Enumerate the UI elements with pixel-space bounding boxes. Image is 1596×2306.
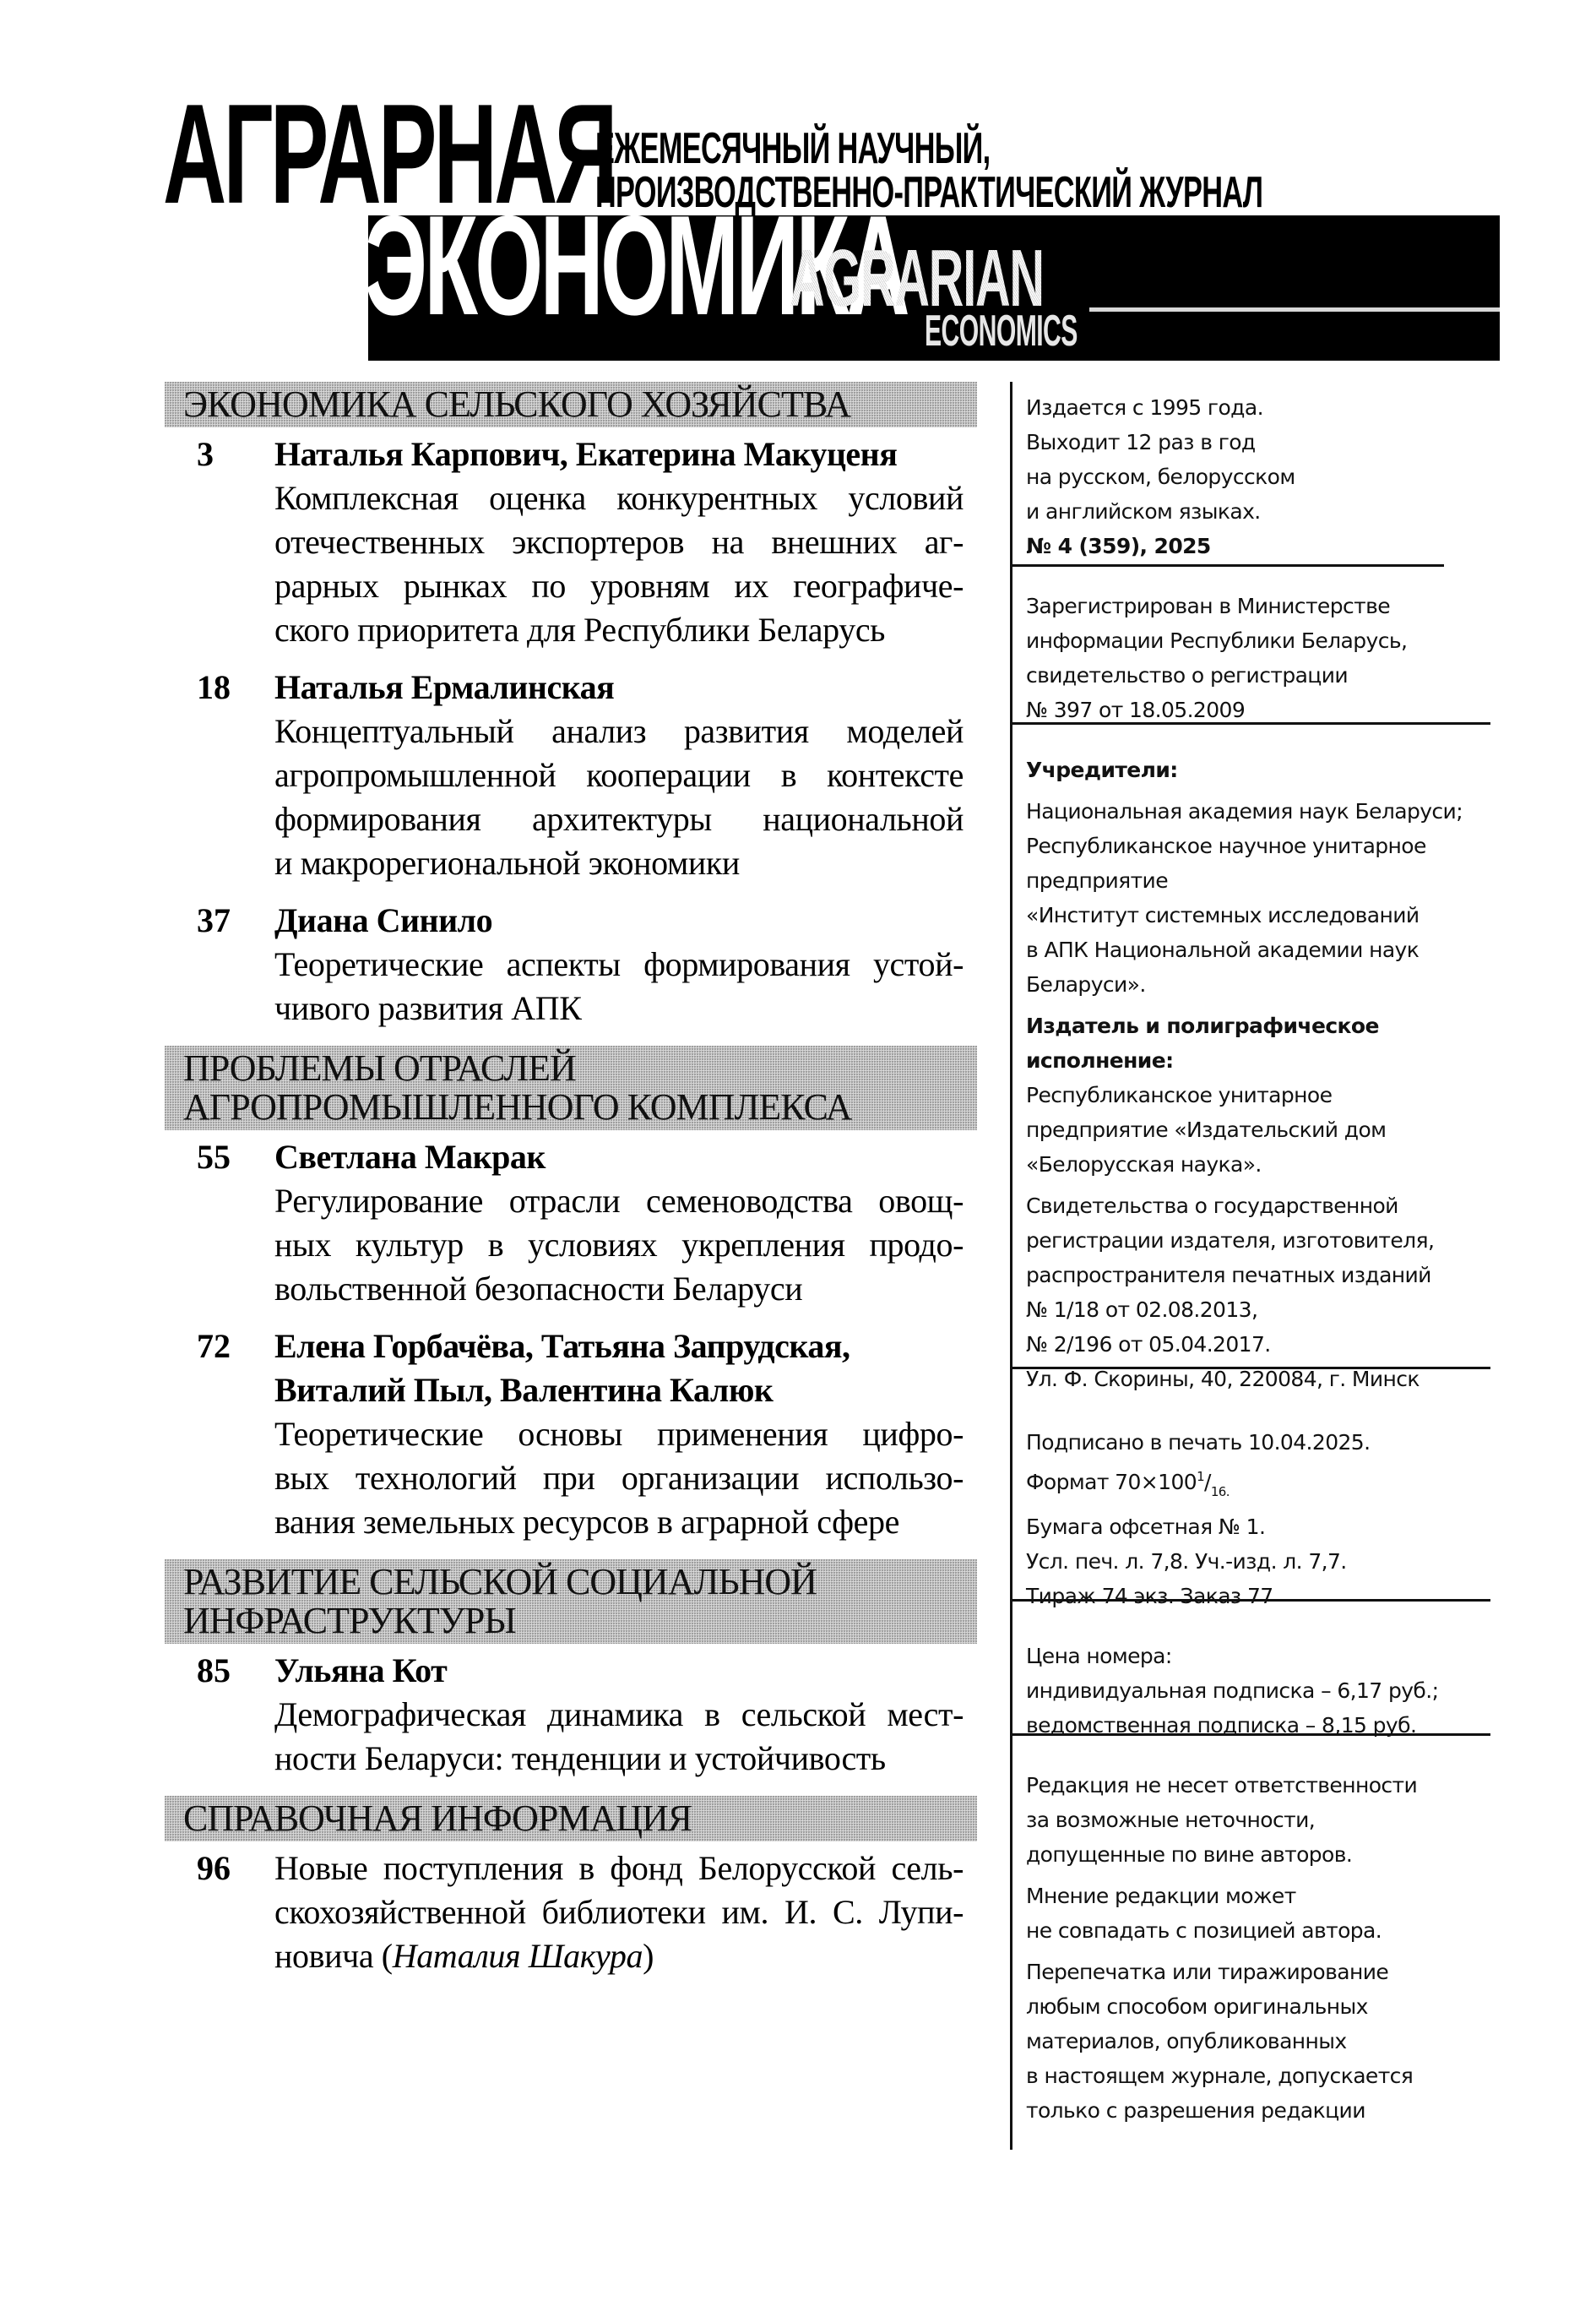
section-heading-line: ИНФРАСТРУКТУРЫ [183,1602,977,1640]
section-heading-line: АГРОПРОМЫШЛЕННОГО КОМПЛЕКСА [183,1088,977,1127]
registration-line: Зарегистрирован в Министерстве [1026,589,1499,623]
disclaimer-line: Редакция не несет ответственности [1026,1768,1499,1803]
english-title-rule [1089,307,1500,312]
page-number: 37 [197,899,231,943]
article-authors: Диана Синило [274,899,977,943]
imprint-divider [1012,1367,1490,1369]
founder-line: в АПК Национальной академии наук [1026,933,1499,967]
author-line: Елена Горбачёва, Татьяна Запрудская, [274,1324,977,1368]
section-heading: СПРАВОЧНАЯ ИНФОРМАЦИЯ [165,1796,977,1841]
title-line: ности Беларуси: тенденции и устойчивость [274,1737,964,1781]
article-title: Теоретические основы применения цифро-вы… [274,1412,977,1544]
english-title: AGRARIAN [790,241,1044,317]
publisher-heading: исполнение: [1026,1043,1499,1078]
compiler-name: Наталия Шакура [393,1937,643,1975]
registration-line: свидетельство о регистрации [1026,658,1499,693]
author-line: Виталий Пыл, Валентина Калюк [274,1368,977,1412]
toc-entry[interactable]: 55Светлана МакракРегулирование отрасли с… [165,1135,977,1311]
founder-line: «Институт системных исследований [1026,898,1499,933]
disclaimer: Перепечатка или тиражированиелюбым спосо… [1026,1955,1499,2128]
toc-entry[interactable]: 85Ульяна КотДемографическая динамика в с… [165,1649,977,1781]
column-divider [1010,382,1012,2150]
print-info-line: Усл. печ. л. 7,8. Уч.-изд. л. 7,7. [1026,1544,1499,1579]
price-line: индивидуальная подписка – 6,17 руб.; [1026,1673,1499,1708]
certificate-line: Свидетельства о государственной [1026,1188,1499,1223]
disclaimer: Редакция не несет ответственностиза возм… [1026,1768,1499,1872]
author-line: Диана Синило [274,899,977,943]
founder-line: Республиканское научное унитарное [1026,829,1499,863]
issue-number: № 4 (359), 2025 [1026,529,1499,563]
article-title: Регулирование отрасли семеноводства овощ… [274,1179,977,1311]
journal-subtitle: ЕЖЕМЕСЯЧНЫЙ НАУЧНЫЙ, ПРОИЗВОДСТВЕННО-ПРА… [595,127,1262,215]
journal-subtitle-line-1: ЕЖЕМЕСЯЧНЫЙ НАУЧНЫЙ, [595,127,1262,171]
registration-info: Зарегистрирован в Министерствеинформации… [1026,589,1499,727]
section-heading: РАЗВИТИЕ СЕЛЬСКОЙ СОЦИАЛЬНОЙИНФРАСТРУКТУ… [165,1559,977,1644]
table-of-contents: ЭКОНОМИКА СЕЛЬСКОГО ХОЗЯЙСТВА3Наталья Ка… [165,382,977,1992]
article-title: Концептуальный анализ развития моделейаг… [274,710,977,885]
founder-line: предприятие [1026,863,1499,898]
toc-entry[interactable]: 37Диана СинилоТеоретические аспекты форм… [165,899,977,1031]
author-line: Наталья Ермалинская [274,666,977,710]
disclaimer-line: не совпадать с позицией автора. [1026,1913,1499,1948]
page-number: 96 [197,1846,231,1890]
publisher-line: предприятие «Издательский дом [1026,1112,1499,1147]
price-heading: Цена номера: [1026,1639,1499,1673]
imprint-column: Издается с 1995 года.Выходит 12 раз в го… [1026,390,1499,2128]
title-line: Новые поступления в фонд Белорусской сел… [274,1846,964,1890]
disclaimer: Мнение редакции можетне совпадать с пози… [1026,1879,1499,1948]
title-line: Теоретические основы применения цифро- [274,1412,964,1456]
section-heading-line: ПРОБЛЕМЫ ОТРАСЛЕЙ [183,1049,977,1088]
title-line: отечественных экспортеров на внешних аг- [274,520,964,564]
format-denominator: 16 [1211,1484,1226,1499]
founders-info: Учредители:Национальная академия наук Бе… [1026,753,1499,1002]
journal-subtitle-line-2: ПРОИЗВОДСТВЕННО-ПРАКТИЧЕСКИЙ ЖУРНАЛ [595,171,1262,215]
title-line: Теоретические аспекты формирования устой… [274,943,964,987]
title-line: новича (Наталия Шакура) [274,1934,964,1978]
masthead: АГРАРНАЯ ЭКОНОМИКА ЕЖЕМЕСЯЧНЫЙ НАУЧНЫЙ, … [0,0,1596,372]
publisher-line: Республиканское унитарное [1026,1078,1499,1112]
title-line: агропромышленной кооперации в контексте [274,753,964,797]
publication-info: Издается с 1995 года.Выходит 12 раз в го… [1026,390,1499,563]
title-line: Демографическая динамика в сельской мест… [274,1693,964,1737]
article-authors: Наталья Карпович, Екатерина Макуценя [274,432,977,476]
toc-entry[interactable]: 96Новые поступления в фонд Белорусской с… [165,1846,977,1978]
title-line: чивого развития АПК [274,987,964,1031]
founders-heading: Учредители: [1026,753,1499,787]
certificate-line: № 2/196 от 05.04.2017. [1026,1327,1499,1362]
title-line: формирования архитектуры национальной [274,797,964,841]
article-authors: Ульяна Кот [274,1649,977,1693]
page-number: 3 [197,432,214,476]
price-info: Цена номера:индивидуальная подписка – 6,… [1026,1639,1499,1743]
section-heading: ПРОБЛЕМЫ ОТРАСЛЕЙАГРОПРОМЫШЛЕННОГО КОМПЛ… [165,1046,977,1130]
founder-line: Национальная академия наук Беларуси; [1026,794,1499,829]
publication-line: и английском языках. [1026,494,1499,529]
founder-line: Беларуси». [1026,967,1499,1002]
toc-entry[interactable]: 3Наталья Карпович, Екатерина МакуценяКом… [165,432,977,652]
disclaimer-line: только с разрешения редакции [1026,2093,1499,2128]
article-authors: Наталья Ермалинская [274,666,977,710]
toc-entry[interactable]: 18Наталья ЕрмалинскаяКонцептуальный анал… [165,666,977,885]
page-number: 72 [197,1324,231,1368]
article-authors: Светлана Макрак [274,1135,977,1179]
author-line: Наталья Карпович, Екатерина Макуценя [274,432,977,476]
article-title: Теоретические аспекты формирования устой… [274,943,977,1031]
print-info-line: Бумага офсетная № 1. [1026,1509,1499,1544]
certificate-line: регистрации издателя, изготовителя, [1026,1223,1499,1258]
disclaimer-line: в настоящем журнале, допускается [1026,2059,1499,2093]
registration-line: информации Республики Беларусь, [1026,623,1499,658]
publisher-heading: Издатель и полиграфическое [1026,1009,1499,1043]
format-prefix: Формат 70×100 [1026,1470,1197,1494]
imprint-divider [1012,564,1444,567]
disclaimer-line: Перепечатка или тиражирование [1026,1955,1499,1989]
format-line: Формат 70×1001/16. [1026,1460,1499,1509]
publication-line: на русском, белорусском [1026,460,1499,494]
article-title: Комплексная оценка конкурентных условийо… [274,476,977,652]
title-line: Концептуальный анализ развития моделей [274,710,964,753]
title-line: Регулирование отрасли семеноводства овощ… [274,1179,964,1223]
disclaimer-line: материалов, опубликованных [1026,2024,1499,2059]
disclaimer-line: любым способом оригинальных [1026,1989,1499,2024]
certificate-line: № 1/18 от 02.08.2013, [1026,1292,1499,1327]
price-line: ведомственная подписка – 8,15 руб. [1026,1708,1499,1743]
disclaimer-line: Мнение редакции может [1026,1879,1499,1913]
title-line: вольственной безопасности Беларуси [274,1267,964,1311]
title-line: вания земельных ресурсов в аграрной сфер… [274,1500,964,1544]
author-line: Светлана Макрак [274,1135,977,1179]
signed-to-print: Подписано в печать 10.04.2025. [1026,1425,1499,1460]
print-info-line: Тираж 74 экз. Заказ 77 [1026,1579,1499,1613]
section-heading-line: РАЗВИТИЕ СЕЛЬСКОЙ СОЦИАЛЬНОЙ [183,1563,977,1602]
publication-line: Издается с 1995 года. [1026,390,1499,425]
imprint-divider [1012,1599,1490,1602]
title-line: ского приоритета для Республики Беларусь [274,608,964,652]
section-heading: ЭКОНОМИКА СЕЛЬСКОГО ХОЗЯЙСТВА [165,382,977,427]
publisher-line: «Белорусская наука». [1026,1147,1499,1182]
author-line: Ульяна Кот [274,1649,977,1693]
page-number: 55 [197,1135,231,1179]
publication-line: Выходит 12 раз в год [1026,425,1499,460]
english-subtitle: ECONOMICS [925,309,1078,353]
format-suffix: . [1226,1484,1230,1499]
section-heading-line: СПРАВОЧНАЯ ИНФОРМАЦИЯ [183,1799,977,1838]
section-heading-line: ЭКОНОМИКА СЕЛЬСКОГО ХОЗЯЙСТВА [183,385,977,424]
page-number: 18 [197,666,231,710]
title-line: ных культур в условиях укрепления продо- [274,1223,964,1267]
print-info: Подписано в печать 10.04.2025.Формат 70×… [1026,1425,1499,1613]
title-line: Комплексная оценка конкурентных условий [274,476,964,520]
article-title: Демографическая динамика в сельской мест… [274,1693,977,1781]
page-number: 85 [197,1649,231,1693]
title-line: рарных рынках по уровням их географиче- [274,564,964,608]
title-line: и макрорегиональной экономики [274,841,964,885]
title-line: скохозяйственной библиотеки им. И. С. Лу… [274,1890,964,1934]
article-title: Новые поступления в фонд Белорусской сел… [274,1846,977,1978]
article-authors: Елена Горбачёва, Татьяна Запрудская,Вита… [274,1324,977,1412]
imprint-divider [1012,722,1490,725]
title-line: вых технологий при организации использо- [274,1456,964,1500]
toc-entry[interactable]: 72Елена Горбачёва, Татьяна Запрудская,Ви… [165,1324,977,1544]
certificate-line: распространителя печатных изданий [1026,1258,1499,1292]
publisher-info: Издатель и полиграфическоеисполнение:Рес… [1026,1009,1499,1182]
imprint-divider [1012,1733,1490,1736]
certificates-info: Свидетельства о государственнойрегистрац… [1026,1188,1499,1396]
format-numerator: 1 [1197,1469,1204,1484]
disclaimer-line: допущенные по вине авторов. [1026,1837,1499,1872]
disclaimer-line: за возможные неточности, [1026,1803,1499,1837]
